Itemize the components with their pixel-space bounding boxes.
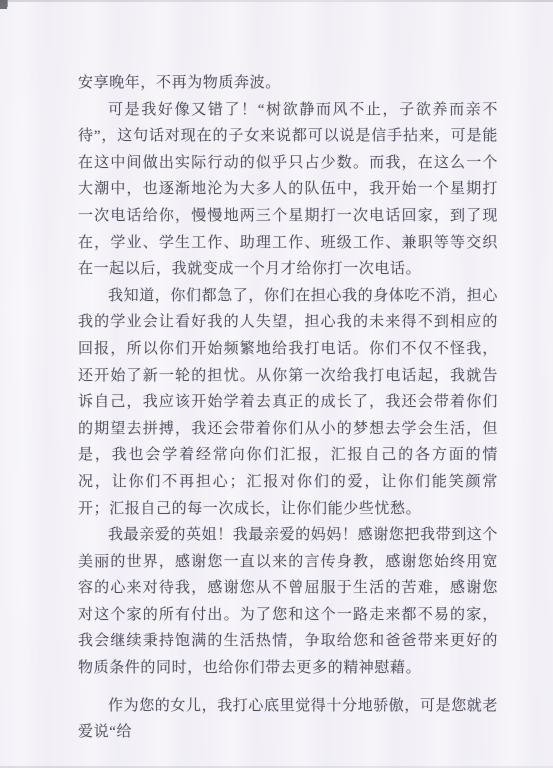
- letter-paragraph: 作为您的女儿，我打心底里觉得十分地骄傲，可是您就老爱说“给: [78, 693, 498, 746]
- letter-paragraph: 可是我好像又错了！“树欲静而风不止，子欲养而亲不待”，这句话对现在的子女来说都可…: [78, 97, 498, 283]
- scan-edge-line-top: [0, 0, 553, 2]
- letter-paragraph: 我最亲爱的英姐！我最亲爱的妈妈！感谢您把我带到这个美丽的世界，感谢您一直以来的言…: [78, 522, 498, 682]
- letter-body: 安享晚年，不再为物质奔波。 可是我好像又错了！“树欲静而风不止，子欲养而亲不待”…: [78, 70, 498, 746]
- letter-paragraph-continuation: 安享晚年，不再为物质奔波。: [78, 70, 498, 97]
- scanned-letter-page: 安享晚年，不再为物质奔波。 可是我好像又错了！“树欲静而风不止，子欲养而亲不待”…: [0, 0, 553, 768]
- scan-artifact-corner-mark: [0, 0, 7, 9]
- letter-paragraph: 我知道，你们都急了，你们在担心我的身体吃不消，担心我的学业会让看好我的人失望，担…: [78, 283, 498, 522]
